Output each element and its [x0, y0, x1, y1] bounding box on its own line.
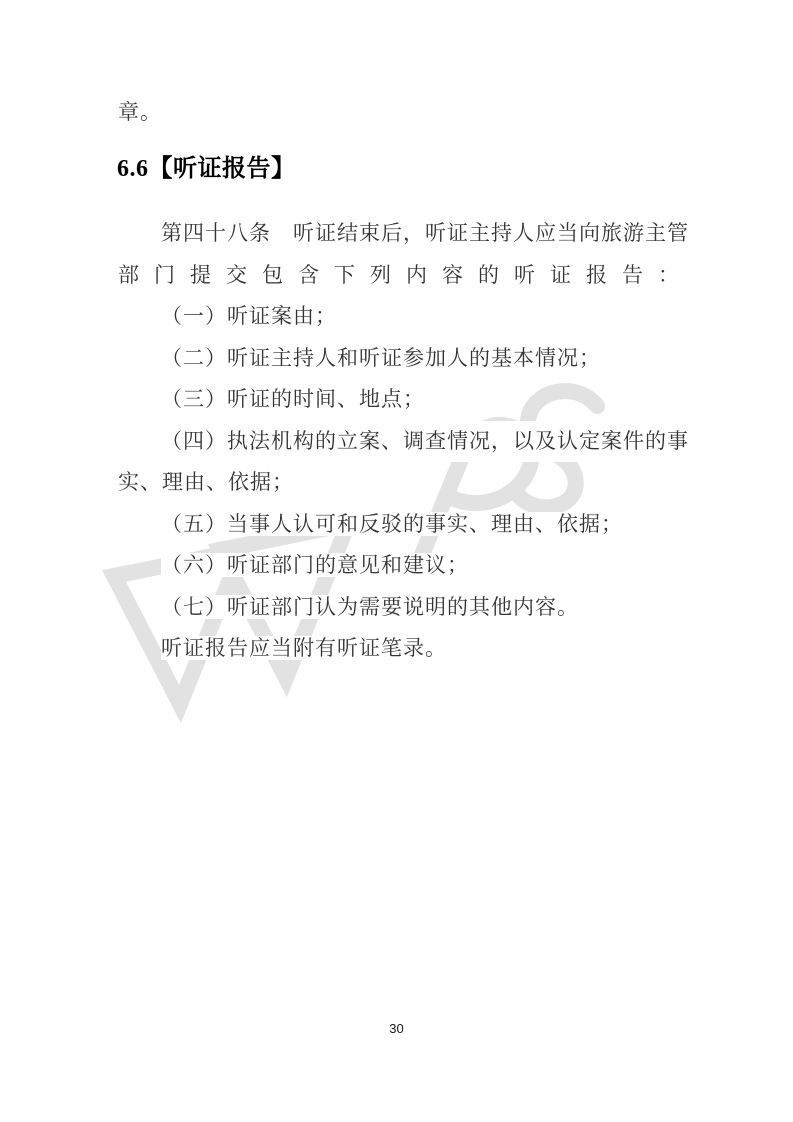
body-line-item-6: （六）听证部门的意见和建议； [118, 545, 680, 587]
body-line-text: （三）听证的时间、地点； [161, 387, 425, 411]
text-layer: 章。 6.6【听证报告】 第四十八条 听证结束后，听证主持人应当向旅游主管 部门… [0, 0, 793, 1122]
body-line-text: 听证报告应当附有听证笔录。 [161, 636, 447, 660]
body-line-text: （五）当事人认可和反驳的事实、理由、依据； [161, 512, 623, 536]
body-line-item-5: （五）当事人认可和反驳的事实、理由、依据； [118, 504, 680, 546]
body-line-item-3: （三）听证的时间、地点； [118, 379, 680, 421]
previous-paragraph-end: 章。 [118, 92, 680, 134]
body-line-item-4-start: （四）执法机构的立案、调查情况，以及认定案件的事 [118, 421, 680, 463]
body-line-text: （四）执法机构的立案、调查情况，以及认定案件的事 [161, 421, 680, 463]
document-page: 章。 6.6【听证报告】 第四十八条 听证结束后，听证主持人应当向旅游主管 部门… [0, 0, 793, 1122]
body-line-article-start: 第四十八条 听证结束后，听证主持人应当向旅游主管 [118, 213, 680, 255]
body-line-text: 部门提交包含下列内容的听证报告： [118, 255, 680, 297]
body-line-item-4-wrap: 实、理由、依据； [118, 462, 680, 504]
page-number: 30 [0, 1020, 793, 1038]
body-line-closing: 听证报告应当附有听证笔录。 [118, 628, 680, 670]
body-line-text: 第四十八条 听证结束后，听证主持人应当向旅游主管 [161, 213, 680, 255]
body-line-item-7: （七）听证部门认为需要说明的其他内容。 [118, 587, 680, 629]
previous-paragraph-text: 章。 [118, 100, 162, 124]
body-line-text: （七）听证部门认为需要说明的其他内容。 [161, 595, 579, 619]
body-line-item-1: （一）听证案由； [118, 296, 680, 338]
body-line-text: （二）听证主持人和听证参加人的基本情况； [161, 346, 601, 370]
body-line-text: （六）听证部门的意见和建议； [161, 553, 469, 577]
body-line-article-wrap: 部门提交包含下列内容的听证报告： [118, 255, 680, 297]
section-heading: 6.6【听证报告】 [117, 152, 296, 186]
body-line-text: 实、理由、依据； [118, 470, 294, 494]
article-body: 第四十八条 听证结束后，听证主持人应当向旅游主管 部门提交包含下列内容的听证报告… [118, 213, 680, 670]
body-line-text: （一）听证案由； [161, 304, 337, 328]
body-line-item-2: （二）听证主持人和听证参加人的基本情况； [118, 338, 680, 380]
